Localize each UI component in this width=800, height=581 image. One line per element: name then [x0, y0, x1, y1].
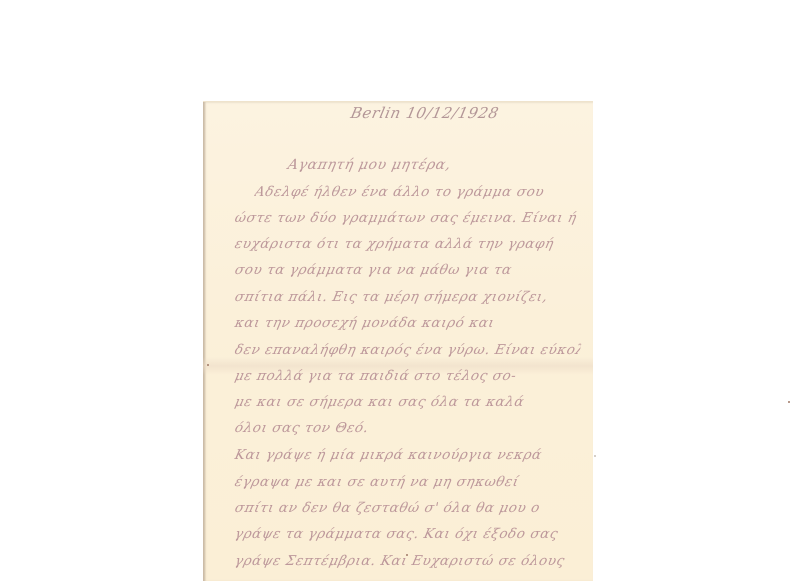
letter-date: Berlin 10/12/1928 — [349, 104, 501, 122]
letter-line: με και σε σήμερα και σας όλα τα καλά — [233, 394, 581, 410]
letter-line: όλοι σας τον Θεό. — [233, 420, 581, 436]
letter-line: με πολλά για τα παιδιά στο τέλος σο- — [233, 368, 581, 384]
paper-speck — [406, 554, 408, 556]
letter-line: σπίτια πάλι. Εις τα μέρη σήμερα χιονίζει… — [233, 289, 581, 305]
letter-line: σου τα γράμματα για να μάθω για τα — [233, 262, 581, 278]
letter-line: Αδελφέ ήλθεν ένα άλλο το γράμμα σου — [253, 184, 601, 200]
letter-line: έγραψα με και σε αυτή να μη σηκωθεί — [233, 474, 581, 490]
letter-page: Berlin 10/12/1928 Αγαπητή μου μητέρα, Αδ… — [203, 101, 593, 581]
letter-line: και την προσεχή μονάδα καιρό και — [233, 315, 581, 331]
letter-salutation: Αγαπητή μου μητέρα, — [286, 157, 452, 173]
letter-line: δεν επαναλήφθη καιρός ένα γύρω. Είναι εύ… — [233, 342, 581, 358]
paper-speck — [207, 364, 209, 366]
letter-line: γράψε τα γράμματα σας. Και όχι έξοδο σας — [233, 526, 581, 542]
letter-line: ώστε των δύο γραμμάτων σας έμεινα. Είναι… — [233, 210, 581, 226]
scan-speck — [788, 401, 790, 403]
letter-line: Και γράψε ή μία μικρά καινούργια νεκρά — [233, 447, 581, 463]
scan-speck — [594, 455, 596, 457]
letter-line: σπίτι αν δεν θα ζεσταθώ σ' όλα θα μου ο — [233, 500, 581, 516]
letter-line: ευχάριστα ότι τα χρήματα αλλά την γραφή — [233, 236, 581, 252]
